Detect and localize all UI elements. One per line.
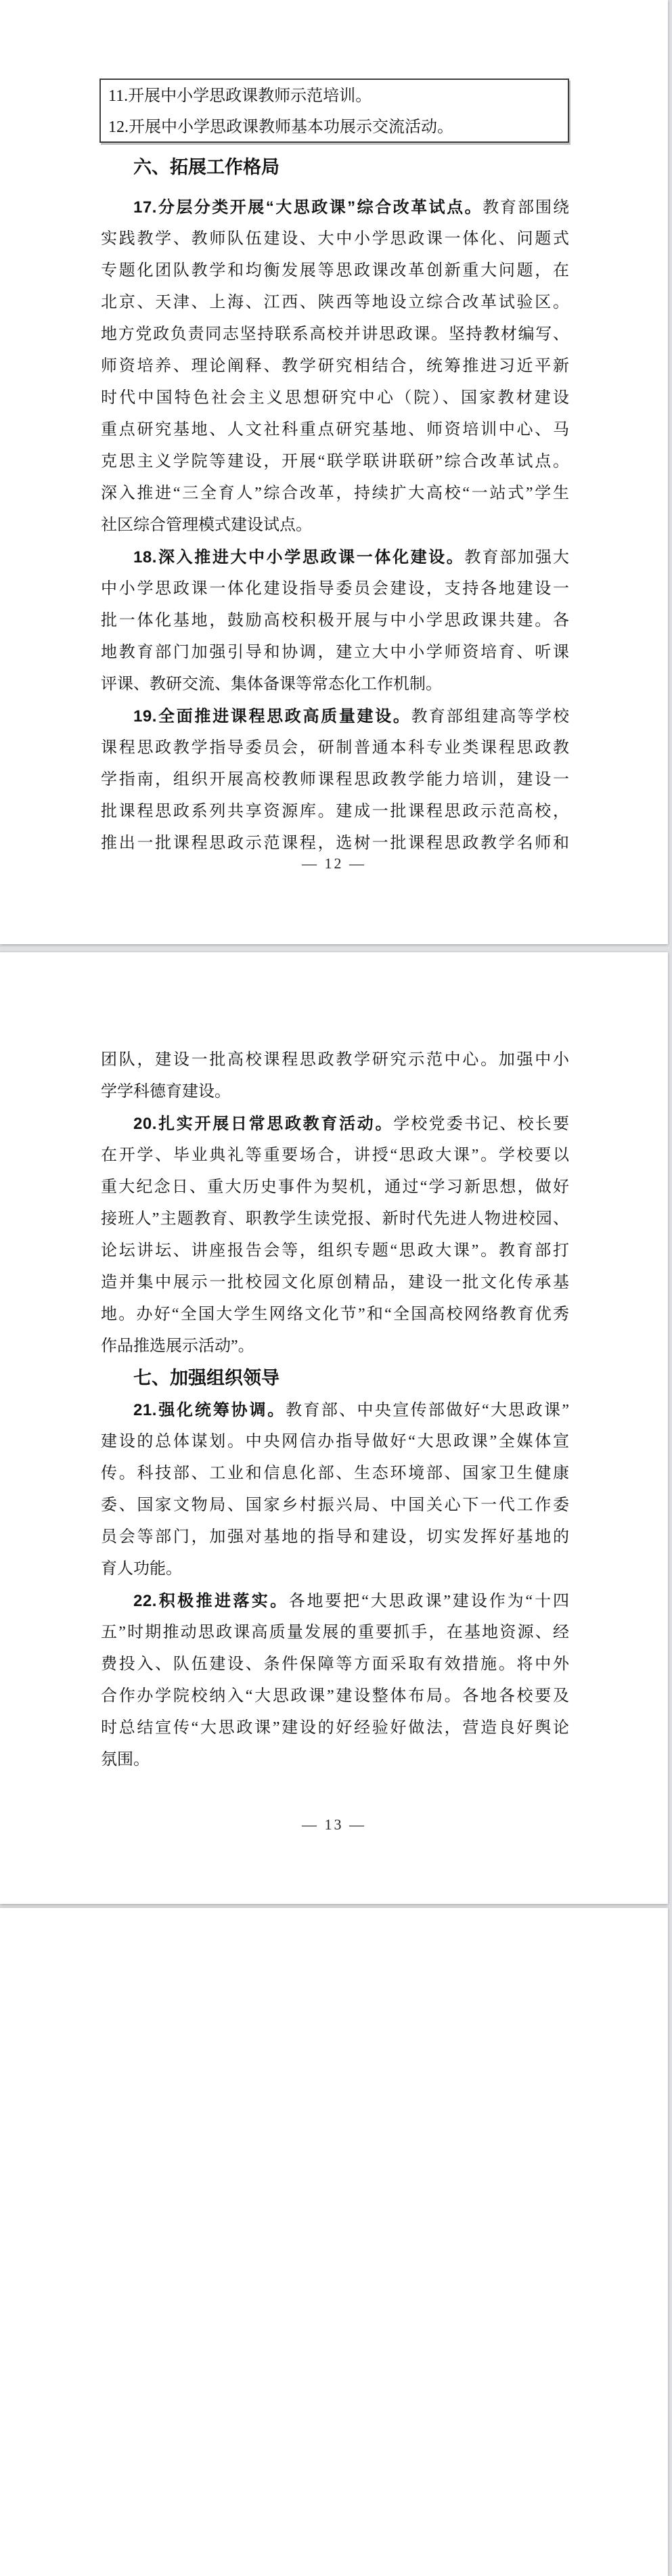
page-13-number: — 13 —: [0, 1816, 668, 1834]
text-line: 19.全面推进课程思政高质量建设。教育部组建高等学校: [101, 701, 569, 732]
section-heading: 六、拓展工作格局: [101, 151, 569, 192]
box-item: 12.开展中小学思政课教师基本功展示交流活动。: [108, 112, 562, 143]
text-line: 专题化团队教学和均衡发展等思政课改革创新重大问题，在: [101, 255, 569, 287]
text-line: 论坛讲坛、讲座报告会等，组织专题“思政大课”。教育部打: [101, 1235, 569, 1267]
text-line: 作品推选展示活动”。: [101, 1331, 569, 1362]
document-viewer: 11.开展中小学思政课教师示范培训。12.开展中小学思政课教师基本功展示交流活动…: [0, 0, 672, 2576]
text-line: 传。科技部、工业和信息化部、生态环境部、国家卫生健康: [101, 1458, 569, 1490]
text-line: 课程思政教学指导委员会，研制普通本科专业类课程思政教: [101, 732, 569, 764]
text-line: 18.深入推进大中小学思政课一体化建设。教育部加强大: [101, 541, 569, 573]
text-line: 22.积极推进落实。各地要把“大思政课”建设作为“十四: [101, 1585, 569, 1617]
page-12-text-column: 六、拓展工作格局17.分层分类开展“大思政课”综合改革试点。教育部围绕实践教学、…: [101, 151, 569, 860]
text-line: 在开学、毕业典礼等重要场合，讲授“思政大课”。学校要以: [101, 1140, 569, 1172]
page-12-number: — 12 —: [0, 855, 668, 872]
text-line: 批一体化基地，鼓励高校积极开展与中小学思政课共建。各: [101, 605, 569, 637]
text-line: 克思主义学院等建设，开展“联学联讲联研”综合改革试点。: [101, 446, 569, 478]
text-line: 育人功能。: [101, 1553, 569, 1585]
page-blank: [0, 1908, 668, 2576]
box-item: 11.开展中小学思政课教师示范培训。: [108, 81, 562, 112]
text-line: 重大纪念日、重大历史事件为契机，通过“学习新思想，做好: [101, 1172, 569, 1203]
text-line: 员会等部门，加强对基地的指导和建设，切实发挥好基地的: [101, 1522, 569, 1553]
text-line: 20.扎实开展日常思政教育活动。学校党委书记、校长要: [101, 1108, 569, 1140]
text-line: 社区综合管理模式建设试点。: [101, 510, 569, 541]
text-line: 五”时期推动思政课高质量发展的重要抓手，在基地资源、经: [101, 1617, 569, 1649]
text-line: 时总结宣传“大思政课”建设的好经验好做法，营造良好舆论: [101, 1712, 569, 1744]
text-line: 委、国家文物局、国家乡村振兴局、中国关心下一代工作委: [101, 1490, 569, 1522]
action-items-box: 11.开展中小学思政课教师示范培训。12.开展中小学思政课教师基本功展示交流活动…: [99, 79, 569, 143]
text-line: 深入推进“三全育人”综合改革，持续扩大高校“一站式”学生: [101, 478, 569, 510]
section-heading: 七、加强组织领导: [101, 1362, 569, 1394]
text-line: 合作办学院校纳入“大思政课”建设整体布局。各地各校要及: [101, 1681, 569, 1712]
page-13: 团队，建设一批高校课程思政教学研究示范中心。加强中小学学科德育建设。20.扎实开…: [0, 952, 668, 1904]
text-line: 中小学思政课一体化建设指导委员会建设，支持各地建设一: [101, 573, 569, 605]
text-line: 时代中国特色社会主义思想研究中心（院）、国家教材建设: [101, 382, 569, 414]
text-line: 21.强化统筹协调。教育部、中央宣传部做好“大思政课”: [101, 1394, 569, 1426]
text-line: 团队，建设一批高校课程思政教学研究示范中心。加强中小: [101, 1044, 569, 1076]
text-line: 接班人”主题教育、职教学生读党报、新时代先进人物进校园、: [101, 1203, 569, 1235]
text-line: 实践教学、教师队伍建设、大中小学思政课一体化、问题式: [101, 223, 569, 255]
text-line: 批课程思政系列共享资源库。建成一批课程思政示范高校，: [101, 796, 569, 828]
text-line: 师资培养、理论阐释、教学研究相结合，统筹推进习近平新: [101, 351, 569, 382]
text-line: 地方党政负责同志坚持联系高校并讲思政课。坚持教材编写、: [101, 319, 569, 351]
text-line: 地。办好“全国大学生网络文化节”和“全国高校网络教育优秀: [101, 1299, 569, 1331]
text-line: 学指南，组织开展高校教师课程思政教学能力培训，建设一: [101, 764, 569, 796]
text-line: 学学科德育建设。: [101, 1076, 569, 1108]
text-line: 北京、天津、上海、江西、陕西等地设立综合改革试验区。: [101, 287, 569, 319]
page-12: 11.开展中小学思政课教师示范培训。12.开展中小学思政课教师基本功展示交流活动…: [0, 0, 668, 944]
text-line: 造并集中展示一批校园文化原创精品，建设一批文化传承基: [101, 1267, 569, 1299]
text-line: 建设的总体谋划。中央网信办指导做好“大思政课”全媒体宣: [101, 1426, 569, 1458]
text-line: 17.分层分类开展“大思政课”综合改革试点。教育部围绕: [101, 192, 569, 223]
page-13-text-column: 团队，建设一批高校课程思政教学研究示范中心。加强中小学学科德育建设。20.扎实开…: [101, 1044, 569, 1776]
text-line: 地教育部门加强引导和协调，建立大中小学师资培育、听课: [101, 637, 569, 669]
text-line: 评课、教研交流、集体备课等常态化工作机制。: [101, 669, 569, 701]
text-line: 重点研究基地、人文社科重点研究基地、师资培训中心、马: [101, 414, 569, 446]
text-line: 氛围。: [101, 1744, 569, 1776]
text-line: 费投入、队伍建设、条件保障等方面采取有效措施。将中外: [101, 1649, 569, 1681]
